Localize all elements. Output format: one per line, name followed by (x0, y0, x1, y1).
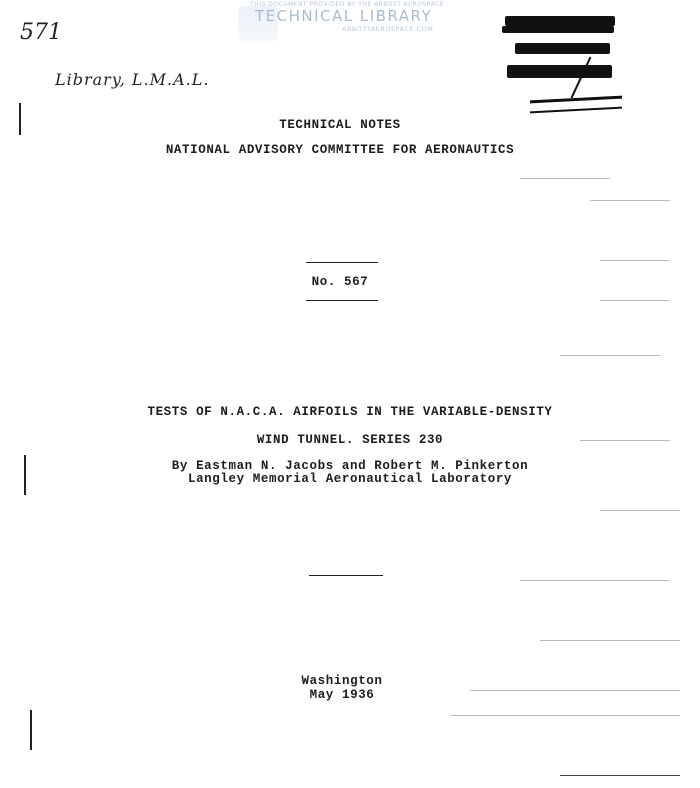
watermark-title: TECHNICAL LIBRARY (255, 7, 432, 25)
divider (306, 300, 378, 302)
handwritten-library-note: Library, L.M.A.L. (55, 70, 209, 89)
divider (306, 262, 378, 264)
handwritten-number: 571 (20, 20, 62, 45)
authors: By Eastman N. Jacobs and Robert M. Pinke… (0, 459, 700, 473)
document-page: THIS DOCUMENT PROVIDED BY THE ABBOTT AER… (0, 0, 700, 788)
series-heading: TECHNICAL NOTES (0, 118, 680, 132)
watermark-url: ABBOTTAEROSPACE.COM (342, 25, 433, 33)
redacted-stamp (500, 10, 640, 120)
organization-heading: NATIONAL ADVISORY COMMITTEE FOR AERONAUT… (0, 143, 680, 157)
title-line-1: TESTS OF N.A.C.A. AIRFOILS IN THE VARIAB… (0, 405, 700, 419)
margin-mark (30, 710, 32, 750)
place: Washington (0, 674, 684, 688)
document-number: No. 567 (0, 275, 680, 289)
affiliation: Langley Memorial Aeronautical Laboratory (0, 472, 700, 486)
divider (309, 575, 383, 577)
